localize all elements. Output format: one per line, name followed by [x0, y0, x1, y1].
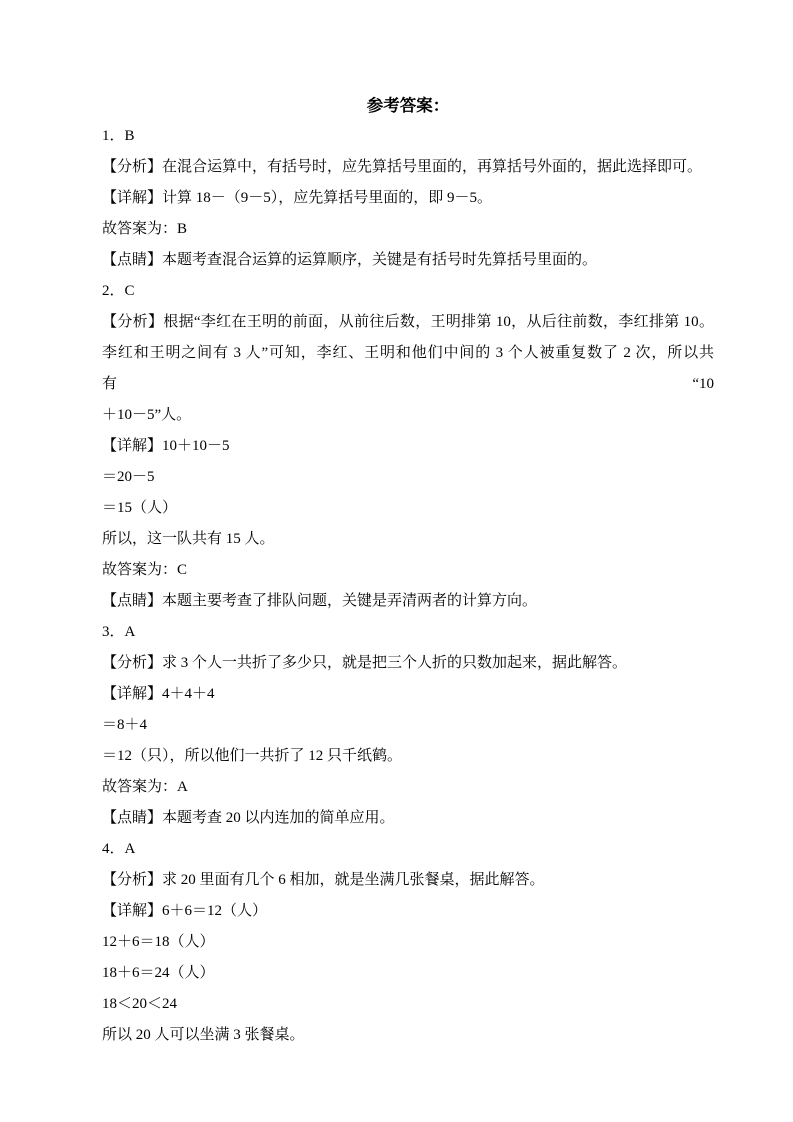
text-line: 故答案为：C	[102, 555, 714, 586]
text-line: 【详解】10＋10－5	[102, 431, 714, 462]
text-line: ＝8＋4	[102, 710, 714, 741]
text-line: 故答案为：B	[102, 214, 714, 245]
text-line: ＝15（人）	[102, 493, 714, 524]
text-line: 李红和王明之间有 3 人”可知，李红、王明和他们中间的 3 个人被重复数了 2 …	[102, 338, 714, 400]
text-line: 【点睛】本题考查 20 以内连加的简单应用。	[102, 803, 714, 834]
text-line: ＝20－5	[102, 462, 714, 493]
text-line: ＝12（只），所以他们一共折了 12 只千纸鹤。	[102, 741, 714, 772]
text-line: 【点睛】本题主要考查了排队问题，关键是弄清两者的计算方向。	[102, 586, 714, 617]
document-body: 参考答案： 1．B【分析】在混合运算中，有括号时，应先算括号里面的，再算括号外面…	[102, 90, 714, 1051]
page-title: 参考答案：	[102, 90, 714, 121]
text-line: 3．A	[102, 617, 714, 648]
text-line: ＋10－5”人。	[102, 400, 714, 431]
text-line: 4．A	[102, 834, 714, 865]
text-line: 故答案为：A	[102, 772, 714, 803]
text-line: 【分析】求 20 里面有几个 6 相加，就是坐满几张餐桌，据此解答。	[102, 865, 714, 896]
text-line: 12＋6＝18（人）	[102, 927, 714, 958]
text-line: 【详解】计算 18－（9－5），应先算括号里面的，即 9－5。	[102, 183, 714, 214]
text-line: 所以，这一队共有 15 人。	[102, 524, 714, 555]
text-line: 2．C	[102, 276, 714, 307]
text-line: 18＋6＝24（人）	[102, 958, 714, 989]
text-line: 【分析】求 3 个人一共折了多少只，就是把三个人折的只数加起来，据此解答。	[102, 648, 714, 679]
text-line: 【详解】4＋4＋4	[102, 679, 714, 710]
document-page: 参考答案： 1．B【分析】在混合运算中，有括号时，应先算括号里面的，再算括号外面…	[0, 0, 793, 1122]
text-line: 【点睛】本题考查混合运算的运算顺序，关键是有括号时先算括号里面的。	[102, 245, 714, 276]
text-line: 【详解】6＋6＝12（人）	[102, 896, 714, 927]
text-line: 【分析】根据“李红在王明的前面，从前往后数，王明排第 10，从后往前数，李红排第…	[102, 307, 714, 338]
text-line: 18＜20＜24	[102, 989, 714, 1020]
text-line: 1．B	[102, 121, 714, 152]
text-line: 所以 20 人可以坐满 3 张餐桌。	[102, 1020, 714, 1051]
text-line: 【分析】在混合运算中，有括号时，应先算括号里面的，再算括号外面的，据此选择即可。	[102, 152, 714, 183]
answer-lines-container: 1．B【分析】在混合运算中，有括号时，应先算括号里面的，再算括号外面的，据此选择…	[102, 121, 714, 1051]
